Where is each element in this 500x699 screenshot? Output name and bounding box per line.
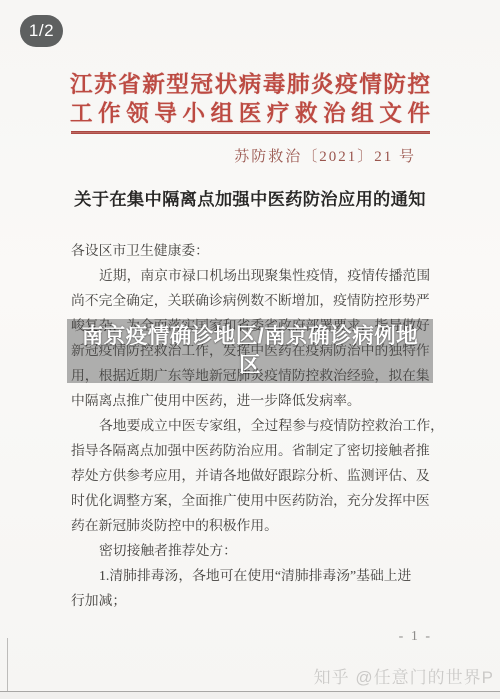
- caption-line-1: 南京疫情确诊地区/南京确诊病例地: [82, 322, 418, 351]
- image-viewer-photo[interactable]: 1/2 江苏省新型冠状病毒肺炎疫情防控 工作领导小组医疗救治组文件 苏防救治〔2…: [0, 0, 500, 699]
- caption-line-2: 区: [239, 351, 261, 380]
- caption-overlay: 南京疫情确诊地区/南京确诊病例地 区: [67, 319, 433, 383]
- body-line: 中隔离点推广使用中医药，进一步降低发病率。: [71, 388, 433, 413]
- body-line: 各设区市卫生健康委：: [71, 238, 433, 263]
- document-number: 苏防救治〔2021〕21 号: [70, 145, 416, 166]
- page-indicator-badge: 1/2: [20, 15, 63, 47]
- body-line: 尚不完全确定，关联确诊病例数不断增加，疫情防控形势严: [71, 288, 433, 313]
- photo-page-edge: [7, 638, 8, 692]
- zhihu-watermark: 知乎 @任意门的世界P: [314, 663, 494, 688]
- body-line: 荐处方供参考应用，并请各地做好跟踪分析、监测评估、及: [71, 463, 433, 488]
- page-indicator-label: 1/2: [29, 21, 54, 41]
- body-line: 近期，南京市禄口机场出现聚集性疫情，疫情传播范围: [71, 263, 433, 288]
- document-title: 关于在集中隔离点加强中医药防治应用的通知: [70, 185, 430, 210]
- document-letterhead: 江苏省新型冠状病毒肺炎疫情防控 工作领导小组医疗救治组文件: [70, 70, 430, 128]
- body-line: 1.清肺排毒汤，各地可在使用“清肺排毒汤”基础上进: [71, 563, 433, 588]
- body-line: 各地要成立中医专家组，全过程参与疫情防控救治工作，: [71, 413, 433, 438]
- body-line: 行加减；: [71, 588, 433, 613]
- letterhead-line-1: 江苏省新型冠状病毒肺炎疫情防控: [70, 70, 430, 99]
- letterhead-line-2: 工作领导小组医疗救治组文件: [70, 99, 430, 128]
- body-line: 密切接触者推荐处方：: [71, 538, 433, 563]
- page-number: - 1 -: [399, 629, 432, 645]
- document-body: 各设区市卫生健康委： 近期，南京市禄口机场出现聚集性疫情，疫情传播范围 尚不完全…: [71, 238, 433, 613]
- body-line: 时优化调整方案，全面推广使用中医药防治，充分发挥中医: [71, 488, 433, 513]
- photo-bottom-edge: [0, 691, 500, 699]
- body-line: 指导各隔离点加强中医药防治应用。省制定了密切接触者推: [71, 438, 433, 463]
- body-line: 药在新冠肺炎防控中的积极作用。: [71, 513, 433, 538]
- letterhead-divider: [71, 131, 430, 134]
